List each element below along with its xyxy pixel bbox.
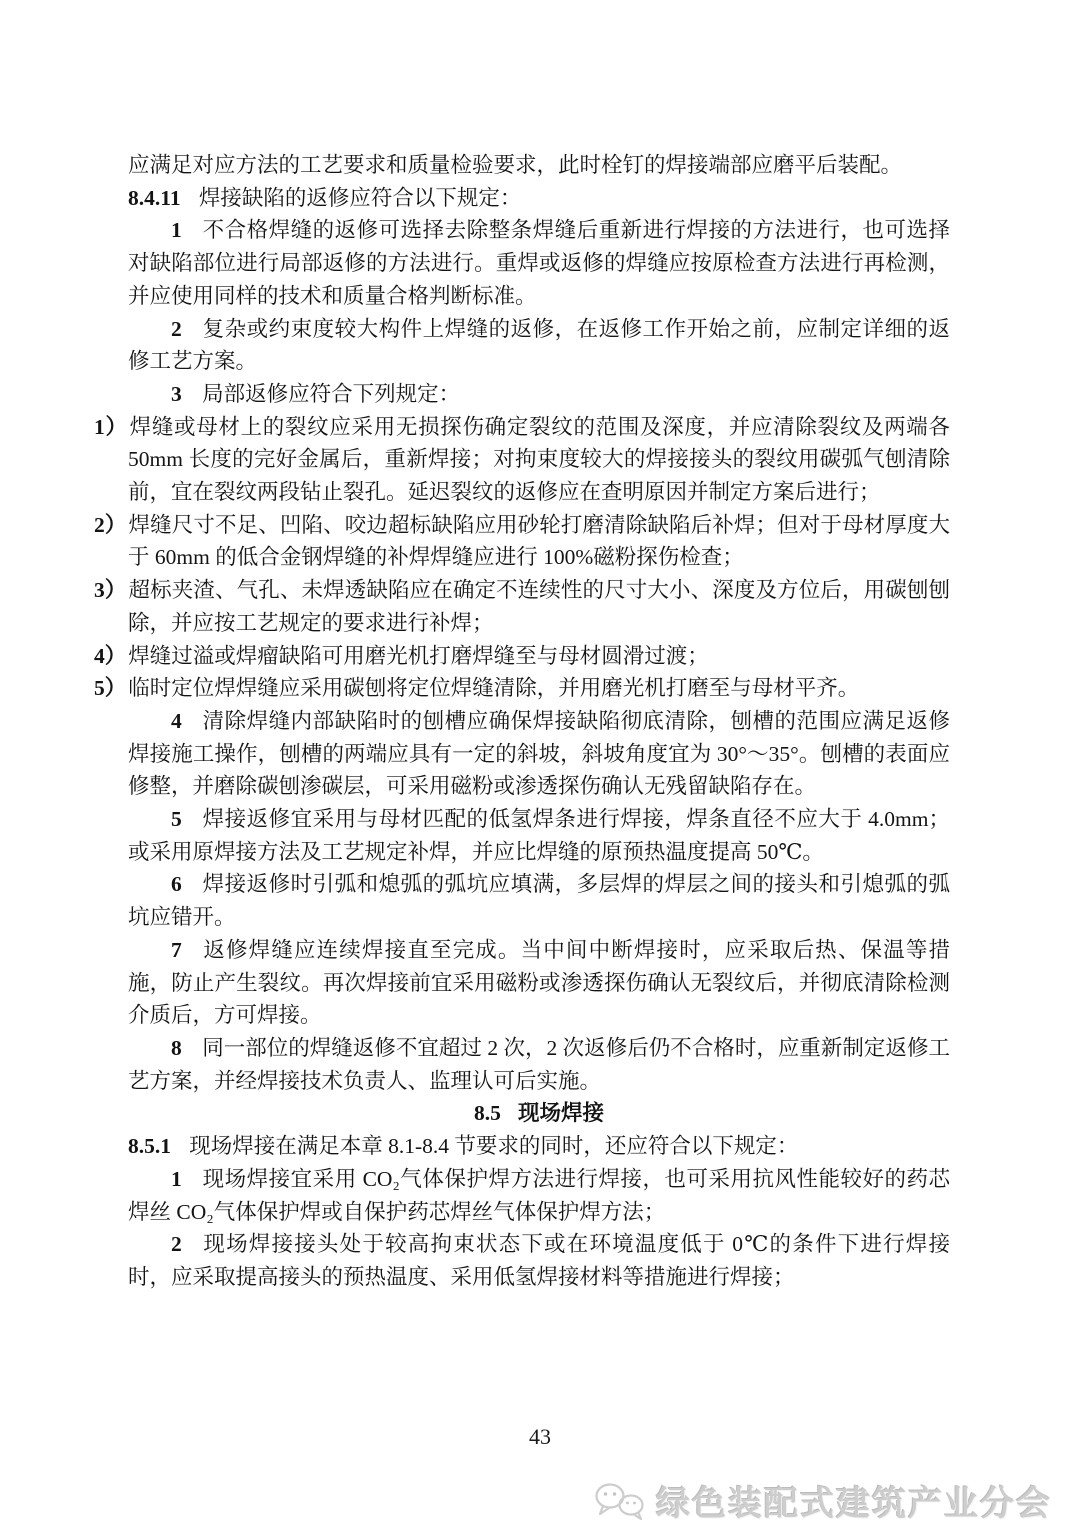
- paragraph-number: 1: [171, 218, 182, 242]
- paragraph: 应满足对应方法的工艺要求和质量检验要求，此时栓钉的焊接端部应磨平后装配。: [128, 149, 950, 182]
- document-body: 应满足对应方法的工艺要求和质量检验要求，此时栓钉的焊接端部应磨平后装配。8.4.…: [128, 149, 950, 1294]
- paragraph: 2复杂或约束度较大构件上焊缝的返修，在返修工作开始之前，应制定详细的返修工艺方案…: [128, 313, 950, 378]
- paragraph-number: 8.4.11: [128, 186, 181, 210]
- paragraph: 1）焊缝或母材上的裂纹应采用无损探伤确定裂纹的范围及深度，并应清除裂纹及两端各 …: [128, 411, 950, 509]
- paragraph: 8.5.1现场焊接在满足本章 8.1-8.4 节要求的同时，还应符合以下规定：: [128, 1130, 950, 1163]
- document-page: 应满足对应方法的工艺要求和质量检验要求，此时栓钉的焊接端部应磨平后装配。8.4.…: [0, 0, 1080, 1528]
- paragraph-text: 焊接返修宜采用与母材匹配的低氢焊条进行焊接，焊条直径不应大于 4.0mm；或采用…: [128, 807, 950, 864]
- paragraph-text: 焊缝尺寸不足、凹陷、咬边超标缺陷应用砂轮打磨清除缺陷后补焊；但对于母材厚度大于 …: [128, 513, 950, 570]
- paragraph-number: 2: [171, 1232, 182, 1256]
- paragraph-number: 8.5.1: [128, 1134, 171, 1158]
- paragraph-text: 清除焊缝内部缺陷时的刨槽应确保焊接缺陷彻底清除，刨槽的范围应满足返修焊接施工操作…: [128, 709, 950, 798]
- paragraph-number: 1）: [94, 415, 128, 439]
- paragraph-number: 4: [171, 709, 182, 733]
- paragraph-text: 应满足对应方法的工艺要求和质量检验要求，此时栓钉的焊接端部应磨平后装配。: [128, 153, 902, 177]
- paragraph: 5）临时定位焊焊缝应采用碳刨将定位焊缝清除，并用磨光机打磨至与母材平齐。: [128, 672, 950, 705]
- paragraph-text: 现场焊接接头处于较高拘束状态下或在环境温度低于 0℃的条件下进行焊接时，应采取提…: [128, 1232, 950, 1289]
- paragraph: 3局部返修应符合下列规定：: [128, 378, 950, 411]
- watermark-text: 绿色装配式建筑产业分会: [656, 1476, 1052, 1525]
- paragraph-number: 5: [171, 807, 182, 831]
- page-number: 43: [0, 1424, 1080, 1450]
- paragraph: 3）超标夹渣、气孔、未焊透缺陷应在确定不连续性的尺寸大小、深度及方位后，用碳刨刨…: [128, 574, 950, 639]
- paragraph: 1现场焊接宜采用 CO₂气体保护焊方法进行焊接，也可采用抗风性能较好的药芯焊丝 …: [128, 1163, 950, 1228]
- paragraph-text: 不合格焊缝的返修可选择去除整条焊缝后重新进行焊接的方法进行，也可选择对缺陷部位进…: [128, 218, 950, 307]
- paragraph-text: 焊接缺陷的返修应符合以下规定：: [199, 186, 522, 210]
- paragraph: 5焊接返修宜采用与母材匹配的低氢焊条进行焊接，焊条直径不应大于 4.0mm；或采…: [128, 803, 950, 868]
- section-heading: 8.5现场焊接: [128, 1097, 950, 1130]
- paragraph: 8同一部位的焊缝返修不宜超过 2 次，2 次返修后仍不合格时，应重新制定返修工艺…: [128, 1032, 950, 1097]
- paragraph-number: 8: [171, 1036, 182, 1060]
- paragraph: 1不合格焊缝的返修可选择去除整条焊缝后重新进行焊接的方法进行，也可选择对缺陷部位…: [128, 214, 950, 312]
- paragraph-text: 焊接返修时引弧和熄弧的弧坑应填满，多层焊的焊层之间的接头和引熄弧的弧坑应错开。: [128, 872, 950, 929]
- paragraph-text: 焊缝过溢或焊瘤缺陷可用磨光机打磨焊缝至与母材圆滑过渡；: [128, 644, 709, 668]
- paragraph: 4清除焊缝内部缺陷时的刨槽应确保焊接缺陷彻底清除，刨槽的范围应满足返修焊接施工操…: [128, 705, 950, 803]
- paragraph-number: 3）: [94, 578, 127, 602]
- paragraph-text: 局部返修应符合下列规定：: [202, 382, 460, 406]
- paragraph-number: 2: [171, 317, 182, 341]
- paragraph-text: 复杂或约束度较大构件上焊缝的返修，在返修工作开始之前，应制定详细的返修工艺方案。: [128, 317, 950, 374]
- paragraph: 2）焊缝尺寸不足、凹陷、咬边超标缺陷应用砂轮打磨清除缺陷后补焊；但对于母材厚度大…: [128, 509, 950, 574]
- wechat-icon: [594, 1480, 648, 1522]
- section-title: 现场焊接: [518, 1101, 604, 1125]
- paragraph-number: 3: [171, 382, 182, 406]
- paragraph: 2现场焊接接头处于较高拘束状态下或在环境温度低于 0℃的条件下进行焊接时，应采取…: [128, 1228, 950, 1293]
- paragraph: 8.4.11焊接缺陷的返修应符合以下规定：: [128, 182, 950, 215]
- paragraph-text: 临时定位焊焊缝应采用碳刨将定位焊缝清除，并用磨光机打磨至与母材平齐。: [128, 676, 859, 700]
- paragraph-text: 返修焊缝应连续焊接直至完成。当中间中断焊接时，应采取后热、保温等措施，防止产生裂…: [128, 938, 950, 1027]
- paragraph: 6焊接返修时引弧和熄弧的弧坑应填满，多层焊的焊层之间的接头和引熄弧的弧坑应错开。: [128, 868, 950, 933]
- watermark: 绿色装配式建筑产业分会: [594, 1476, 1052, 1525]
- paragraph-text: 焊缝或母材上的裂纹应采用无损探伤确定裂纹的范围及深度，并应清除裂纹及两端各 50…: [128, 415, 950, 504]
- paragraph-number: 4）: [94, 644, 126, 668]
- paragraph-number: 6: [171, 872, 182, 896]
- paragraph-number: 5）: [94, 676, 126, 700]
- paragraph-number: 2）: [94, 513, 127, 537]
- paragraph-text: 现场焊接在满足本章 8.1-8.4 节要求的同时，还应符合以下规定：: [189, 1134, 798, 1158]
- paragraph-number: 1: [171, 1167, 182, 1191]
- section-number: 8.5: [474, 1101, 501, 1125]
- paragraph: 7返修焊缝应连续焊接直至完成。当中间中断焊接时，应采取后热、保温等措施，防止产生…: [128, 934, 950, 1032]
- paragraph-text: 超标夹渣、气孔、未焊透缺陷应在确定不连续性的尺寸大小、深度及方位后，用碳刨刨除，…: [128, 578, 950, 635]
- paragraph: 4）焊缝过溢或焊瘤缺陷可用磨光机打磨焊缝至与母材圆滑过渡；: [128, 640, 950, 673]
- paragraph-number: 7: [171, 938, 182, 962]
- paragraph-text: 现场焊接宜采用 CO₂气体保护焊方法进行焊接，也可采用抗风性能较好的药芯焊丝 C…: [128, 1167, 950, 1224]
- paragraph-text: 同一部位的焊缝返修不宜超过 2 次，2 次返修后仍不合格时，应重新制定返修工艺方…: [128, 1036, 950, 1093]
